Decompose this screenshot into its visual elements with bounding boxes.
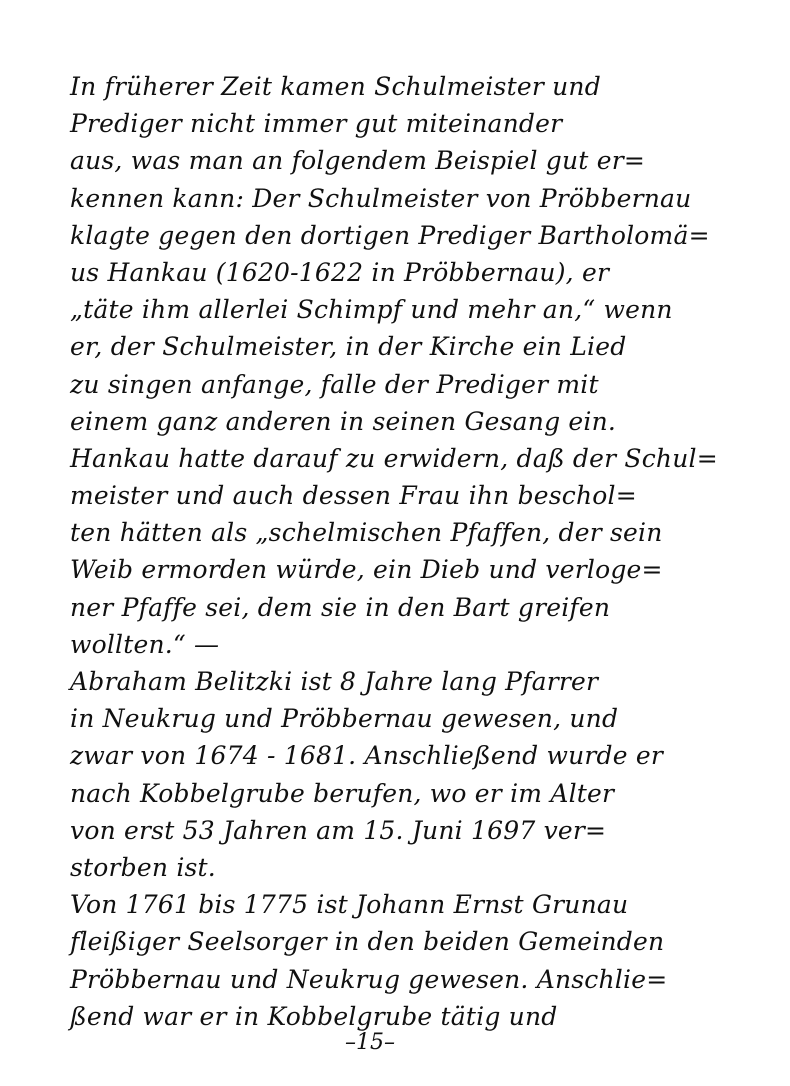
page-number: –15– <box>0 1030 740 1055</box>
text-line-10: einem ganz anderen in seinen Gesang ein. <box>70 403 740 440</box>
text-line-2: Prediger nicht immer gut miteinander <box>70 105 740 142</box>
text-line-8: er, der Schulmeister, in der Kirche ein … <box>70 328 740 365</box>
text-line-24: fleißiger Seelsorger in den beiden Gemei… <box>70 923 740 960</box>
handwritten-page: In früherer Zeit kamen Schulmeister und … <box>0 0 790 1086</box>
text-line-18: in Neukrug und Pröbbernau gewesen, und <box>70 700 740 737</box>
text-line-9: zu singen anfange, falle der Prediger mi… <box>70 366 740 403</box>
text-line-4: kennen kann: Der Schulmeister von Pröbbe… <box>70 180 740 217</box>
text-line-20: nach Kobbelgrube berufen, wo er im Alter <box>70 775 740 812</box>
text-line-6: us Hankau (1620-1622 in Pröbbernau), er <box>70 254 740 291</box>
text-line-13: ten hätten als „schelmischen Pfaffen, de… <box>70 514 740 551</box>
text-line-25: Pröbbernau und Neukrug gewesen. Anschlie… <box>70 961 740 998</box>
text-line-23: Von 1761 bis 1775 ist Johann Ernst Gruna… <box>70 886 740 923</box>
text-line-22: storben ist. <box>70 849 740 886</box>
text-line-21: von erst 53 Jahren am 15. Juni 1697 ver= <box>70 812 740 849</box>
text-line-5: klagte gegen den dortigen Prediger Barth… <box>70 217 740 254</box>
text-line-1: In früherer Zeit kamen Schulmeister und <box>70 68 740 105</box>
text-line-14: Weib ermorden würde, ein Dieb und verlog… <box>70 551 740 588</box>
text-line-12: meister und auch dessen Frau ihn beschol… <box>70 477 740 514</box>
text-line-3: aus, was man an folgendem Beispiel gut e… <box>70 142 740 179</box>
text-line-11: Hankau hatte darauf zu erwidern, daß der… <box>70 440 740 477</box>
text-line-19: zwar von 1674 - 1681. Anschließend wurde… <box>70 737 740 774</box>
handwritten-text-block: In früherer Zeit kamen Schulmeister und … <box>70 68 740 1035</box>
text-line-7: „täte ihm allerlei Schimpf und mehr an,“… <box>70 291 740 328</box>
text-line-15: ner Pfaffe sei, dem sie in den Bart grei… <box>70 589 740 626</box>
text-line-17: Abraham Belitzki ist 8 Jahre lang Pfarre… <box>70 663 740 700</box>
text-line-16: wollten.“ — <box>70 626 740 663</box>
